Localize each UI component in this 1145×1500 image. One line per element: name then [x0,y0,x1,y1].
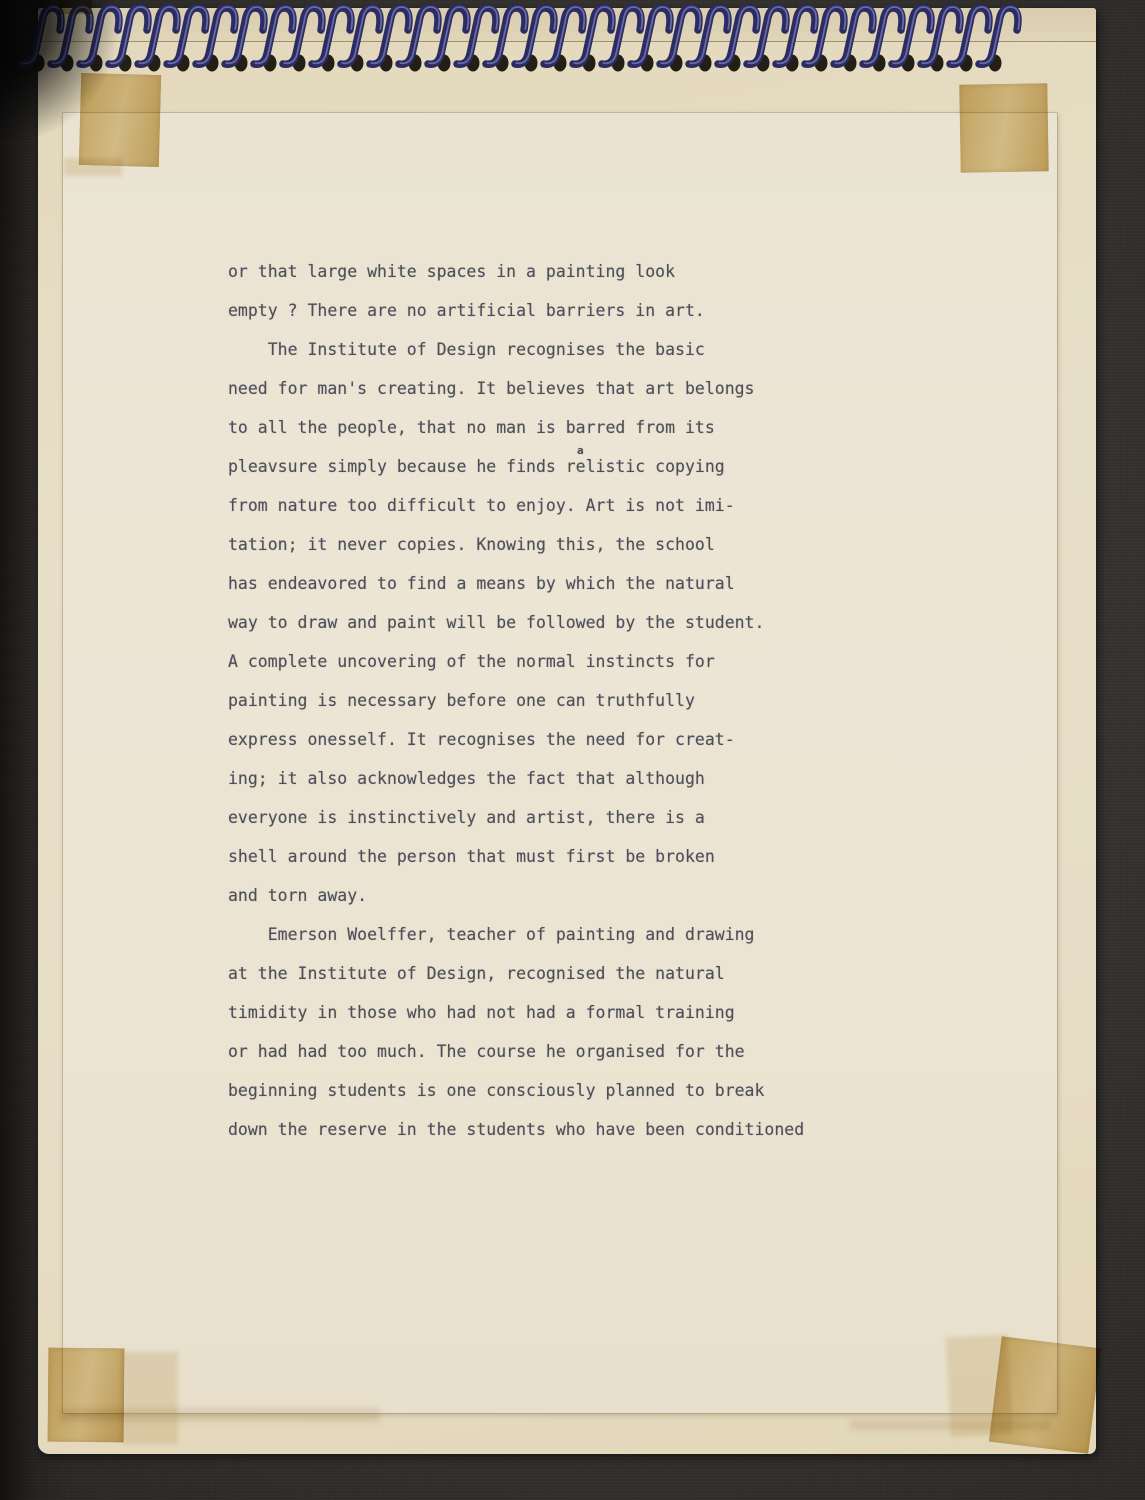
typed-line: need for man's creating. It believes tha… [228,369,804,408]
typed-line: or that large white spaces in a painting… [228,252,804,291]
tape-bottom-left [48,1348,125,1443]
typed-line: express onesself. It recognises the need… [228,720,804,759]
tape-stain-bottom-left [122,1352,178,1444]
tape-top-right [959,83,1049,173]
typed-line: down the reserve in the students who hav… [228,1110,804,1149]
typewritten-text-block: or that large white spaces in a painting… [228,252,804,1149]
typed-manuscript-sheet: or that large white spaces in a painting… [63,113,1057,1413]
typed-line: way to draw and paint will be followed b… [228,603,804,642]
typed-line: A complete uncovering of the normal inst… [228,642,804,681]
spine-crease-strip [38,8,1096,42]
typed-line: at the Institute of Design, recognised t… [228,954,804,993]
typed-correction-superscript: a [577,445,584,456]
typed-line: ing; it also acknowledges the fact that … [228,759,804,798]
typed-line: pleavsure simply because he finds relist… [228,447,804,486]
tape-top-left [79,73,161,167]
typed-line: timidity in those who had not had a form… [228,993,804,1032]
typed-line: painting is necessary before one can tru… [228,681,804,720]
typed-line: tation; it never copies. Knowing this, t… [228,525,804,564]
typed-line: has endeavored to find a means by which … [228,564,804,603]
typed-line: shell around the person that must first … [228,837,804,876]
typed-line: Emerson Woelffer, teacher of painting an… [228,915,804,954]
typed-line: or had had too much. The course he organ… [228,1032,804,1071]
typed-line: The Institute of Design recognises the b… [228,330,804,369]
typed-line: from nature too difficult to enjoy. Art … [228,486,804,525]
tape-bottom-right [989,1336,1101,1453]
typed-line: beginning students is one consciously pl… [228,1071,804,1110]
typed-line: to all the people, that no man is barred… [228,408,804,447]
typed-line: and torn away. [228,876,804,915]
typed-line: empty ? There are no artificial barriers… [228,291,804,330]
tape-top-edge-remnant [58,0,92,14]
typed-line: everyone is instinctively and artist, th… [228,798,804,837]
photographed-notebook-page: or that large white spaces in a painting… [0,0,1145,1500]
